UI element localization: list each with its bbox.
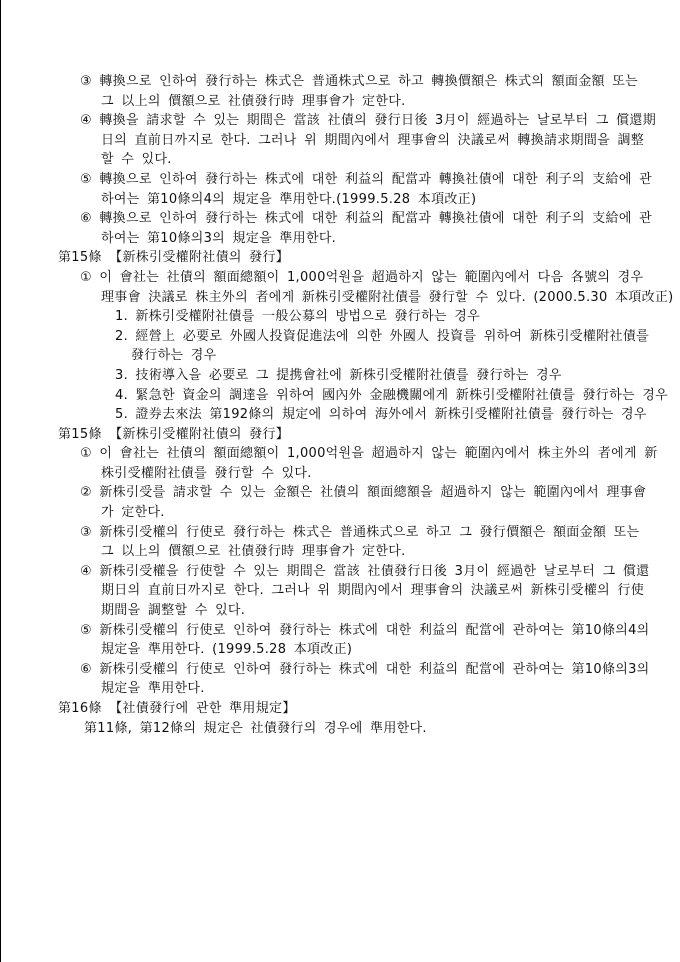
- text-line: 第11條, 第12條의 規定은 社債發行의 경우에 準用한다.: [1, 719, 680, 739]
- text-line: 그 以上의 價額으로 社債發行時 理事會가 定한다.: [1, 92, 680, 112]
- text-line: 規定을 準用한다. (1999.5.28 本項改正): [1, 640, 680, 660]
- text-line: ⑤ 新株引受權의 行使로 인하여 發行하는 株式에 대한 利益의 配當에 관하여…: [1, 621, 680, 641]
- text-line: 2. 經營上 必要로 外國人投資促進法에 의한 外國人 投資를 위하여 新株引受…: [1, 327, 680, 347]
- text-line: 1. 新株引受權附社債를 一般公募의 방법으로 發行하는 경우: [1, 307, 680, 327]
- text-line: ③ 新株引受權의 行使로 發行하는 株式은 普通株式으로 하고 그 發行價額은 …: [1, 523, 680, 543]
- text-line: 期日의 直前日까지로 한다. 그러나 위 期間內에서 理事會의 決議로써 新株引…: [1, 581, 680, 601]
- text-line: 株引受權附社債를 發行할 수 있다.: [1, 464, 680, 484]
- text-line: ⑥ 轉換으로 인하여 發行하는 株式에 대한 利益의 配當과 轉換社債에 대한 …: [1, 209, 680, 229]
- text-line: ⑤ 轉換으로 인하여 發行하는 株式에 대한 利益의 配當과 轉換社債에 대한 …: [1, 170, 680, 190]
- text-line: 4. 緊急한 資金의 調達을 위하여 國內外 金融機關에게 新株引受權附社債를 …: [1, 386, 680, 406]
- text-line: ① 이 會社는 社債의 額面總額이 1,000억원을 超過하지 않는 範圍內에서…: [1, 268, 680, 288]
- text-line: ④ 新株引受權을 行使할 수 있는 期間은 當該 社債發行日後 3月이 經過한 …: [1, 562, 680, 582]
- text-line: 發行하는 경우: [1, 346, 680, 366]
- text-line: 그 以上의 價額으로 社債發行時 理事會가 定한다.: [1, 542, 680, 562]
- text-line: 5. 證券去來法 第192條의 規定에 의하여 海外에서 新株引受權附社債를 發…: [1, 405, 680, 425]
- article-heading-line: 第16條 【社債發行에 관한 準用規定】: [1, 699, 680, 719]
- text-line: 理事會 決議로 株主外의 者에게 新株引受權附社債를 發行할 수 있다. (20…: [1, 288, 680, 308]
- text-line: 하여는 第10條의3의 規定을 準用한다.: [1, 229, 680, 249]
- text-line: ② 新株引受를 請求할 수 있는 金額은 社債의 額面總額을 超過하지 않는 範…: [1, 483, 680, 503]
- article-heading-line: 第15條 【新株引受權附社債의 發行】: [1, 425, 680, 445]
- text-line: ① 이 會社는 社債의 額面總額이 1,000억원을 超過하지 않는 範圍內에서…: [1, 444, 680, 464]
- document-text-block: ③ 轉換으로 인하여 發行하는 株式은 普通株式으로 하고 轉換價額은 株式의 …: [1, 72, 680, 738]
- text-line: 3. 技術導入을 必要로 그 提携會社에 新株引受權附社債를 發行하는 경우: [1, 366, 680, 386]
- document-page: ③ 轉換으로 인하여 發行하는 株式은 普通株式으로 하고 轉換價額은 株式의 …: [0, 0, 680, 962]
- article-heading-line: 第15條 【新株引受權附社債의 發行】: [1, 248, 680, 268]
- text-line: 規定을 準用한다.: [1, 679, 680, 699]
- text-line: ⑥ 新株引受權의 行使로 인하여 發行하는 株式에 대한 利益의 配當에 관하여…: [1, 660, 680, 680]
- text-line: 期間을 調整할 수 있다.: [1, 601, 680, 621]
- text-line: 가 定한다.: [1, 503, 680, 523]
- text-line: ④ 轉換을 請求할 수 있는 期間은 當該 社債의 發行日後 3月이 經過하는 …: [1, 111, 680, 131]
- text-line: 日의 直前日까지로 한다. 그러나 위 期間內에서 理事會의 決議로써 轉換請求…: [1, 131, 680, 151]
- text-line: ③ 轉換으로 인하여 發行하는 株式은 普通株式으로 하고 轉換價額은 株式의 …: [1, 72, 680, 92]
- text-line: 할 수 있다.: [1, 150, 680, 170]
- text-line: 하여는 第10條의4의 規定을 準用한다.(1999.5.28 本項改正): [1, 190, 680, 210]
